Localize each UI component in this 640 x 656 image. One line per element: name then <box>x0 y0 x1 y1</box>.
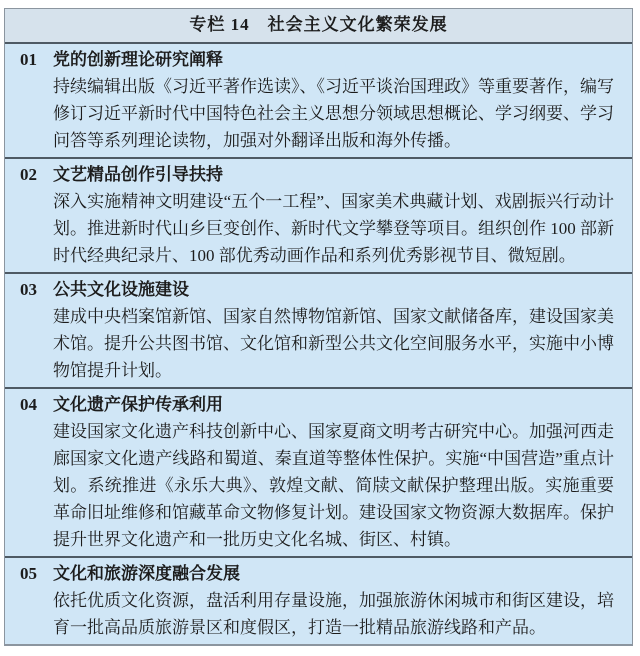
section-body: 持续编辑出版《习近平著作选读》、《习近平谈治国理政》等重要著作，编写修订习近平新… <box>53 73 614 154</box>
document-page: 专栏 14 社会主义文化繁荣发展 01党的创新理论研究阐释 持续编辑出版《习近平… <box>0 0 640 656</box>
panel-header: 专栏 14 社会主义文化繁荣发展 <box>5 9 632 44</box>
section-number: 05 <box>20 560 53 587</box>
section-head: 03公共文化设施建设 <box>5 276 632 303</box>
section-title: 文化和旅游深度融合发展 <box>53 564 240 583</box>
section-row: 03公共文化设施建设 建成中央档案馆新馆、国家自然博物馆新馆、国家文献储备库，建… <box>5 272 632 387</box>
section-body: 依托优质文化资源，盘活利用存量设施，加强旅游休闲城市和街区建设，培育一批高品质旅… <box>53 587 614 641</box>
section-row: 01党的创新理论研究阐释 持续编辑出版《习近平著作选读》、《习近平谈治国理政》等… <box>5 44 632 157</box>
section-number: 03 <box>20 276 53 303</box>
section-number: 04 <box>20 391 53 418</box>
section-body: 深入实施精神文明建设“五个一工程”、国家美术典藏计划、戏剧振兴行动计划。推进新时… <box>53 188 614 269</box>
section-body: 建设国家文化遗产科技创新中心、国家夏商文明考古研究中心。加强河西走廊国家文化遗产… <box>53 418 614 553</box>
panel-title: 专栏 14 社会主义文化繁荣发展 <box>189 15 447 34</box>
section-number: 02 <box>20 161 53 188</box>
section-title: 文艺精品创作引导扶持 <box>53 165 223 184</box>
section-head: 01党的创新理论研究阐释 <box>5 46 632 73</box>
section-number: 01 <box>20 46 53 73</box>
section-row: 02文艺精品创作引导扶持 深入实施精神文明建设“五个一工程”、国家美术典藏计划、… <box>5 157 632 272</box>
section-row: 05文化和旅游深度融合发展 依托优质文化资源，盘活利用存量设施，加强旅游休闲城市… <box>5 556 632 644</box>
section-body: 建成中央档案馆新馆、国家自然博物馆新馆、国家文献储备库，建设国家美术馆。提升公共… <box>53 303 614 384</box>
section-head: 04文化遗产保护传承利用 <box>5 391 632 418</box>
section-row: 04文化遗产保护传承利用 建设国家文化遗产科技创新中心、国家夏商文明考古研究中心… <box>5 387 632 556</box>
section-title: 文化遗产保护传承利用 <box>53 395 223 414</box>
section-title: 公共文化设施建设 <box>53 280 189 299</box>
section-title: 党的创新理论研究阐释 <box>53 50 223 69</box>
section-head: 02文艺精品创作引导扶持 <box>5 161 632 188</box>
policy-box: 专栏 14 社会主义文化繁荣发展 01党的创新理论研究阐释 持续编辑出版《习近平… <box>4 8 633 646</box>
section-head: 05文化和旅游深度融合发展 <box>5 560 632 587</box>
